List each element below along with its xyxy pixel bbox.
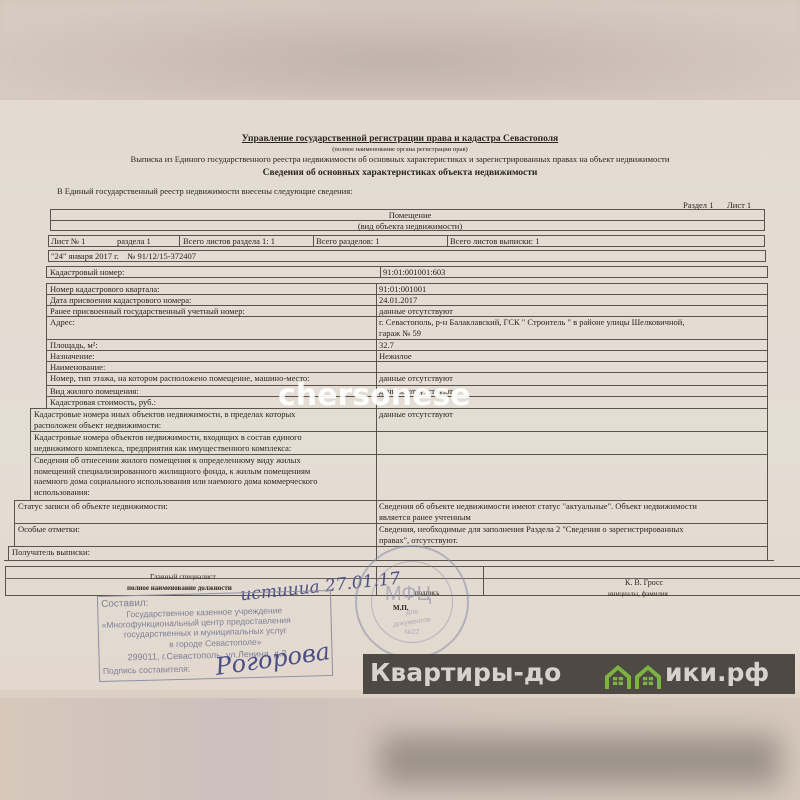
field-value: Сведения об объекте недвижимости имеют с…: [379, 501, 697, 512]
banner-text-left: Квартиры-до: [370, 658, 561, 687]
field-value: правах", отсутствуют.: [379, 535, 458, 546]
field-value: Сведения, необходимые для заполнения Раз…: [379, 524, 684, 535]
field-label: Кадастровые номера объектов недвижимости…: [34, 432, 302, 443]
site-banner: Квартиры-до ики.рф: [363, 654, 795, 694]
field-label: Кадастровая стоимость, руб.:: [50, 397, 156, 408]
field-value: гараж № 59: [379, 328, 421, 339]
field-label: Номер кадастрового квартала:: [50, 284, 160, 295]
authority-name: Управление государственной регистрации п…: [0, 134, 800, 144]
signatory-name: К. В. Гросс: [625, 578, 663, 587]
field-value: данные отсутствуют: [379, 306, 453, 317]
field-value: Нежилое: [379, 351, 412, 362]
divider: [380, 266, 381, 278]
field-label: использования:: [34, 487, 90, 498]
field-label: Сведения об отнесении жилого помещения к…: [34, 455, 301, 466]
intro-text: В Единый государственный реестр недвижим…: [57, 186, 353, 196]
round-seal: МФЦ для документов №22: [355, 545, 469, 659]
divider: [447, 235, 448, 247]
field-label: Наименование:: [50, 362, 105, 373]
watermark: chersonese: [278, 378, 471, 413]
position-caption: полное наименование должности: [127, 584, 232, 592]
divider: [376, 350, 377, 361]
field-label: Адрес:: [50, 317, 75, 328]
divider: [376, 523, 377, 546]
section-no: раздела 1: [117, 236, 151, 246]
field-value: 24.01.2017: [379, 295, 417, 306]
divider: [376, 316, 377, 339]
banner-text-right: ики.рф: [665, 658, 769, 687]
divider: [376, 283, 377, 294]
field-value: является ранее учтенным: [379, 512, 471, 523]
field-label: Особые отметки:: [18, 524, 80, 535]
divider: [483, 566, 484, 596]
field-label: Номер, тип этажа, на котором расположено…: [50, 373, 310, 384]
divider: [376, 454, 377, 500]
seal-logo: МФЦ: [385, 583, 431, 606]
field-label: Назначение:: [50, 351, 95, 362]
total-sheets-section: Всего листов раздела 1: 1: [183, 236, 275, 246]
field-label: Кадастровые номера иных объектов недвижи…: [34, 409, 295, 420]
sheet-info-row: [48, 235, 765, 247]
field-label: Статус записи об объекте недвижимости:: [18, 501, 168, 512]
date-number: "24" января 2017 г. № 91/12/15-372407: [51, 251, 196, 261]
house-icon: [633, 662, 663, 690]
object-type: Помещение: [350, 210, 470, 220]
field-value: 32.7: [379, 340, 394, 351]
divider: [376, 339, 377, 350]
section-title: Сведения об основных характеристиках объ…: [0, 168, 800, 178]
cadastral-number: 91:01:001001:603: [383, 267, 445, 277]
divider: [179, 235, 180, 247]
authority-caption: (полное наименование органа регистрации …: [0, 146, 800, 153]
field-label: Дата присвоения кадастрового номера:: [50, 295, 191, 306]
field-label: недвижимого комплекса, предприятия как и…: [34, 443, 291, 454]
background-top: [0, 0, 800, 100]
table-row: [46, 339, 768, 350]
object-type-caption: (вид объекта недвижимости): [340, 221, 480, 231]
table-row: [46, 361, 768, 372]
field-value: 91:01:001001: [379, 284, 426, 295]
extract-title: Выписка из Единого государственного реес…: [0, 154, 800, 164]
divider: [376, 431, 377, 454]
blurred-reflection: [380, 735, 780, 785]
divider: [376, 305, 377, 316]
field-label: расположен объект недвижимости:: [34, 420, 161, 431]
total-sections: Всего разделов: 1: [316, 236, 380, 246]
field-value: г. Севастополь, р-н Балаклавский, ГСК " …: [379, 317, 684, 328]
field-label: Площадь, м²:: [50, 340, 98, 351]
stamp-line-7: Подпись составителя:: [103, 664, 191, 676]
divider: [376, 361, 377, 372]
field-label: Ранее присвоенный государственный учетны…: [50, 306, 245, 317]
divider: [313, 235, 314, 247]
cadastral-number-label: Кадастровый номер:: [50, 267, 124, 277]
name-caption: инициалы, фамилия: [608, 590, 668, 598]
sheet-no: Лист № 1: [51, 236, 85, 246]
field-label: Получатель выписки:: [12, 547, 90, 558]
house-icon: [603, 662, 633, 690]
field-label: Вид жилого помещения:: [50, 386, 139, 397]
field-label: помещений специализированного жилищного …: [34, 466, 310, 477]
seal-text-3: №22: [357, 629, 467, 636]
divider: [376, 294, 377, 305]
field-label: наемного дома социального использования …: [34, 476, 317, 487]
total-sheets-extract: Всего листов выписки: 1: [450, 236, 540, 246]
divider: [376, 500, 377, 523]
position-title: Главный специалист: [150, 572, 216, 581]
